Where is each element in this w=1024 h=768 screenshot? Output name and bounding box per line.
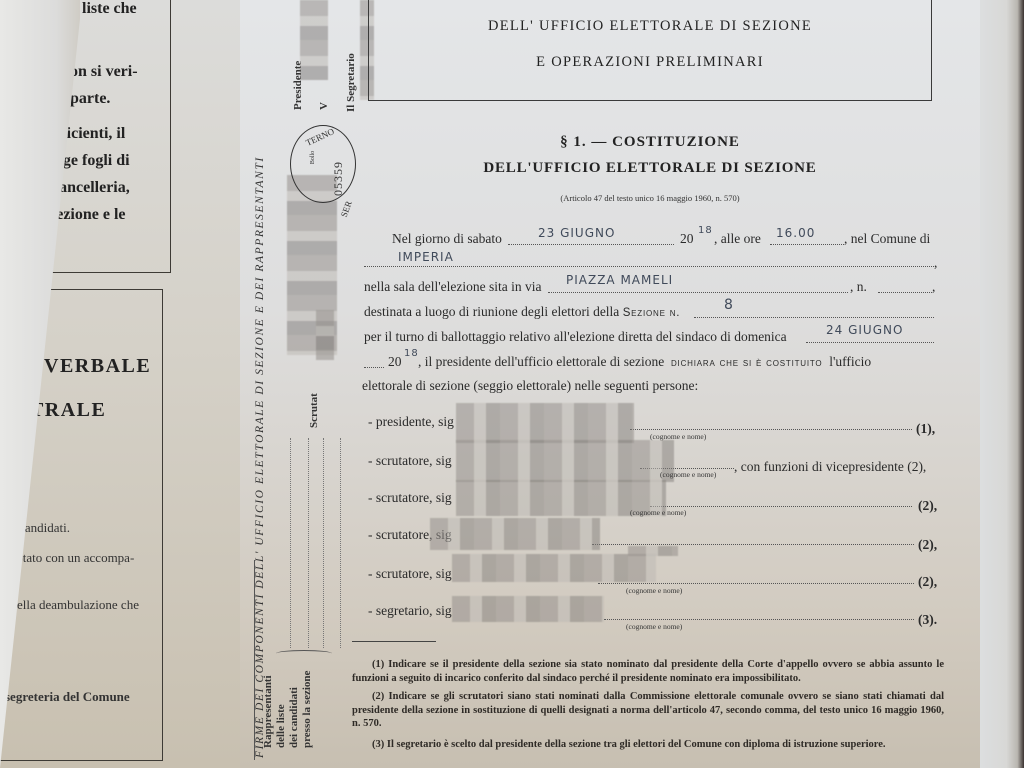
time-label: , alle ore [714,231,761,247]
label-scrutatori: Scrutat [308,393,320,428]
declaration: , il presidente dell'ufficio elettorale … [418,354,871,370]
runoff-date-field[interactable]: 24 GIUGNO [826,323,903,337]
day-field-line [508,244,674,245]
section-label-text: destinata a luogo di riunione degli elet… [364,304,619,319]
runoff-year-field[interactable]: 18 [404,348,419,359]
member-name-line [598,583,914,584]
signature-line [323,438,324,648]
year-field[interactable]: 18 [698,225,713,236]
stamp-center: Bollo [310,151,317,164]
redacted-name-field[interactable] [452,554,656,582]
room-label: nella sala dell'elezione sita in via [364,279,541,295]
comune-label: , nel Comune di [844,231,930,247]
member-note: (cognome e nome) [660,470,716,479]
footnote-1: (1) Indicare se il presidente della sezi… [352,658,944,685]
left-text-line: ti nella deambulazione che [0,597,139,613]
member-note: (cognome e nome) [626,622,682,631]
header-line: E OPERAZIONI PRELIMINARI [369,54,931,71]
member-note: (cognome e nome) [626,586,682,595]
year-prefix: 20 [680,231,694,247]
number-field-line [878,292,932,293]
stamp-number: 05359 [331,161,346,196]
comune-field[interactable]: IMPERIA [398,250,454,264]
member-suffix: (2), [918,498,937,514]
redacted-name-field[interactable] [452,596,604,622]
footnote-3: (3) Il segretario è scelto dal president… [352,738,944,752]
left-text-line: parte. [70,90,110,108]
member-note: (cognome e nome) [630,508,686,517]
redacted-name-field[interactable] [456,440,674,482]
day-label: Nel giorno di sabato [392,231,502,247]
rep-label-line: delle liste [275,671,288,748]
left-text-line: on si veri- [70,63,138,81]
signature-strip-rule [254,560,255,760]
declaration-text-end: l'ufficio [829,354,871,369]
redacted-signature [316,310,334,360]
left-text-line: segreteria del Comune [5,689,130,705]
left-text-line: cancelleria, [52,179,130,197]
section-stamp: TERNO Bollo 05359 [290,125,356,203]
section-title: § 1. — COSTITUZIONE [370,134,930,151]
member-name-line [630,429,912,430]
member-name-line [592,544,914,545]
page-stack-edge [980,0,1024,768]
declaration-smallcaps: dichiara che si è costituito [671,357,823,369]
time-field-line [770,244,844,245]
room-field-line [548,292,848,293]
rep-label-line: presso la sezione [301,671,314,748]
declaration-text: , il presidente dell'ufficio elettorale … [418,354,664,369]
rep-label-line: dei candidati [288,671,301,748]
member-name-line [650,506,912,507]
left-title-line: VERBALE [44,355,151,378]
representatives-label: Rappresentanti delle liste dei candidati… [262,671,314,748]
signature-line [340,438,341,648]
member-suffix: (2), [918,574,937,590]
section-subtitle: DELL'UFFICIO ELETTORALE DI SEZIONE [370,160,930,177]
rep-label-line: Rappresentanti [262,671,275,748]
redacted-name-field[interactable] [456,403,634,443]
redacted-name-field[interactable] [430,518,600,550]
signature-line [290,438,291,648]
time-field[interactable]: 16.00 [776,226,815,240]
member-role-segretario: - segretario, sig [368,603,452,619]
left-text-line: liste che [82,0,137,18]
runoff-year-prefix: 20 [388,354,402,370]
redacted-signature [300,0,328,80]
section-label-smallcaps: Sezione n. [623,307,681,319]
member-role-scrutatore: - scrutatore, sig [368,453,452,469]
header-box: DELL' UFFICIO ELETTORALE DI SEZIONE E OP… [368,0,932,101]
footnote-2: (2) Indicare se gli scrutatori siano sta… [352,690,944,731]
number-label: , n. [850,279,867,295]
member-suffix: (2), [918,537,937,553]
member-suffix: , con funzioni di vicepresidente (2), [734,459,926,475]
stamp-center-line: Bollo [310,151,316,164]
member-name-line [604,619,914,620]
declaration-line-2: elettorale di sezione (seggio elettorale… [362,378,698,394]
comma: , [934,255,937,271]
runoff-label: per il turno di ballottaggio relativo al… [364,329,787,345]
day-field[interactable]: 23 GIUGNO [538,226,615,240]
runoff-prefix-line [364,367,384,368]
member-role-presidente: - presidente, sig [368,414,454,430]
signature-line [308,438,309,648]
section-label: destinata a luogo di riunione degli elet… [364,304,680,320]
brace [276,650,332,657]
section-number-field[interactable]: 8 [724,297,734,313]
member-suffix: (3). [918,612,937,628]
signature-strip-heading: FIRME DEI COMPONENTI DELL' UFFICIO ELETT… [254,156,266,758]
left-text-line: sezione e le [50,206,126,224]
footnote-rule [352,641,436,642]
section-field-line [694,317,934,318]
comune-field-line [364,266,934,267]
label-vicepresidente: V [318,102,330,110]
room-field[interactable]: PIAZZA MAMELI [566,273,673,287]
comma: , [932,279,935,295]
header-line: DELL' UFFICIO ELETTORALE DI SEZIONE [369,18,931,35]
member-suffix: (1), [916,421,935,437]
runoff-field-line [806,342,934,343]
member-role-scrutatore: - scrutatore, sig [368,490,452,506]
section-reference: (Articolo 47 del testo unico 16 maggio 1… [370,193,930,203]
stamp-top-text: TERNO [304,126,335,148]
member-role-scrutatore: - scrutatore, sig [368,566,452,582]
label-segretario: Il Segretario [345,53,357,112]
